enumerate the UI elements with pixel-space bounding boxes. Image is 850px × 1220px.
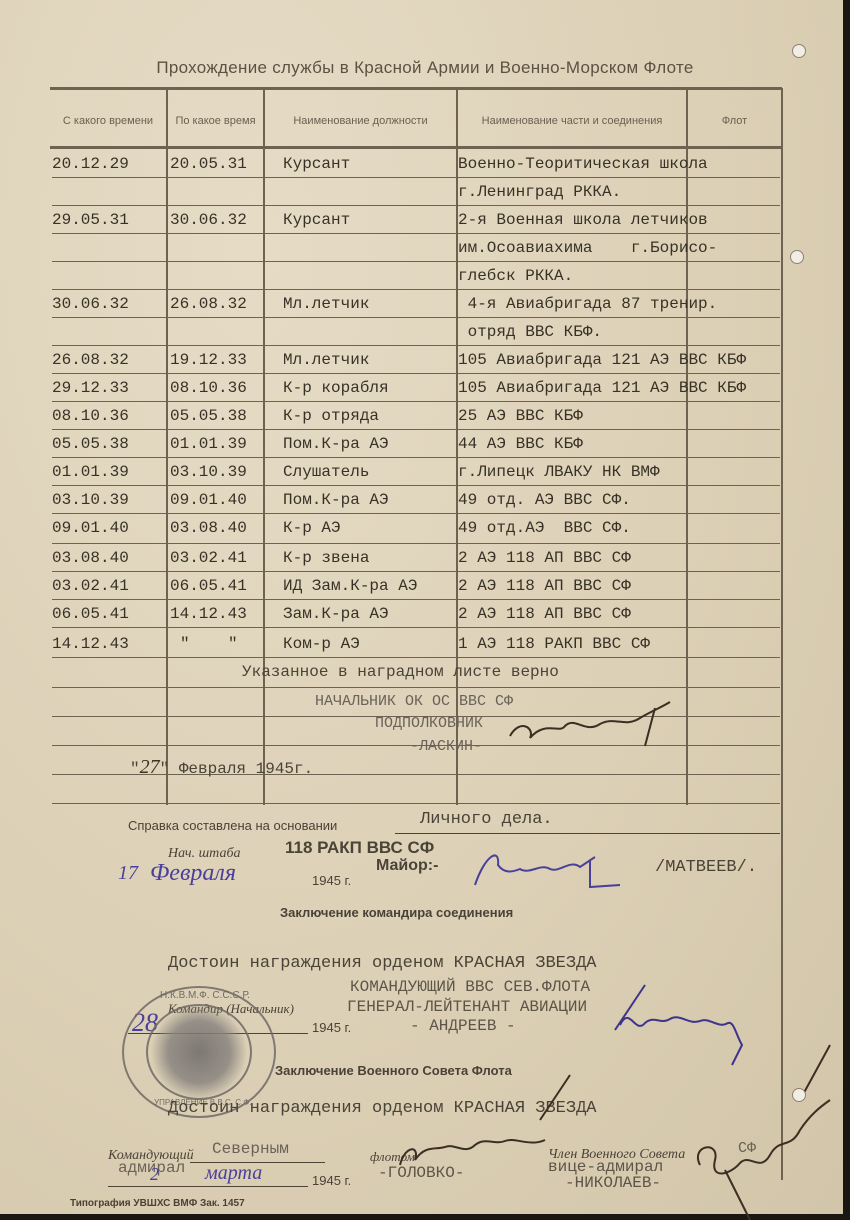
commander-date-year: 1945 г.	[312, 1020, 351, 1035]
row-position: Пом.К-ра АЭ	[283, 430, 389, 458]
reference-date-day: 17	[118, 862, 138, 885]
row-rule	[52, 401, 780, 402]
certification-day: 27	[140, 756, 160, 778]
header-fleet: Флот	[688, 96, 781, 146]
punch-hole	[790, 250, 804, 264]
row-position: К-р корабля	[283, 374, 389, 402]
commander-title-1: КОМАНДУЮЩИЙ ВВС СЕВ.ФЛОТА	[350, 978, 590, 996]
row-unit: 49 отд.АЭ ВВС СФ.	[458, 514, 631, 542]
row-rule	[52, 457, 780, 458]
row-rule	[52, 803, 780, 804]
council-date-year: 1945 г.	[312, 1173, 351, 1188]
certification-name: -ЛАСКИН-	[410, 738, 482, 755]
row-unit: 1 АЭ 118 РАКП ВВС СФ	[458, 630, 650, 658]
row-rule	[52, 429, 780, 430]
row-position: Мл.летчик	[283, 346, 369, 374]
row-to: 19.12.33	[170, 346, 247, 374]
table-row: г.Ленинград РККА.	[0, 178, 850, 206]
row-rule	[52, 289, 780, 290]
row-position: ИД Зам.К-ра АЭ	[283, 572, 417, 600]
commander-title-2: ГЕНЕРАЛ-ЛЕЙТЕНАНТ АВИАЦИИ	[347, 998, 587, 1016]
row-unit: 2-я Военная школа летчиков	[458, 206, 708, 234]
header-unit: Наименование части и соединения	[458, 96, 686, 146]
row-to: 20.05.31	[170, 150, 247, 178]
row-unit: 25 АЭ ВВС КБФ	[458, 402, 583, 430]
council-date-month: марта	[205, 1162, 262, 1185]
row-from: 06.05.41	[52, 600, 129, 628]
row-rule	[52, 571, 780, 572]
signature-matveev	[460, 845, 630, 895]
row-to: 01.01.39	[170, 430, 247, 458]
row-rule	[52, 543, 780, 544]
table-row: 03.08.40 03.02.41 К-р звена 2 АЭ 118 АП …	[0, 544, 850, 572]
row-rule	[52, 373, 780, 374]
chief-unit: 118 РАКП ВВС СФ	[285, 838, 434, 858]
commander-name: - АНДРЕЕВ -	[410, 1017, 516, 1035]
chief-name: /МАТВЕЕВ/.	[655, 858, 757, 877]
row-rule	[52, 599, 780, 600]
row-unit: отряд ВВС КБФ.	[458, 318, 602, 346]
row-unit: г.Липецк ЛВАКУ НК ВМФ	[458, 458, 660, 486]
row-from: 03.02.41	[52, 572, 129, 600]
row-unit: г.Ленинград РККА.	[458, 178, 621, 206]
row-from: 03.08.40	[52, 544, 129, 572]
printer-imprint: Типография УВШХС ВМФ Зак. 1457	[70, 1198, 245, 1209]
row-from: 29.05.31	[52, 206, 129, 234]
row-unit: им.Осоавиахима г.Борисо-	[458, 234, 717, 262]
row-from: 01.01.39	[52, 458, 129, 486]
table-row: 14.12.43 " " Ком-р АЭ 1 АЭ 118 РАКП ВВС …	[0, 630, 850, 658]
row-rule	[52, 345, 780, 346]
table-row: 01.01.39 03.10.39 Слушатель г.Липецк ЛВА…	[0, 458, 850, 486]
row-unit: 49 отд. АЭ ВВС СФ.	[458, 486, 631, 514]
row-position: К-р звена	[283, 544, 369, 572]
row-position: Зам.К-ра АЭ	[283, 600, 389, 628]
reference-underline	[395, 833, 780, 834]
row-rule	[52, 485, 780, 486]
row-position: Слушатель	[283, 458, 369, 486]
signature-nikolaev	[670, 1045, 840, 1220]
row-unit: 2 АЭ 118 АП ВВС СФ	[458, 600, 631, 628]
punch-hole	[792, 1088, 806, 1102]
row-from: 14.12.43	[52, 630, 129, 658]
row-rule	[52, 687, 780, 688]
commander-conclusion-heading: Заключение командира соединения	[280, 905, 513, 920]
certification-title: НАЧАЛЬНИК ОК ОС ВВС СФ	[315, 693, 513, 710]
page-title: Прохождение службы в Красной Армии и Вое…	[0, 58, 850, 78]
table-row: 03.02.41 06.05.41 ИД Зам.К-ра АЭ 2 АЭ 11…	[0, 572, 850, 600]
row-position: К-р отряда	[283, 402, 379, 430]
row-rule	[52, 261, 780, 262]
header-to: По какое время	[168, 96, 263, 146]
council-member-name: -НИКОЛАЕВ-	[565, 1174, 661, 1192]
table-row: 08.10.36 05.05.38 К-р отряда 25 АЭ ВВС К…	[0, 402, 850, 430]
row-unit: глебск РККА.	[458, 262, 573, 290]
row-position: Курсант	[283, 150, 350, 178]
table-row: 26.08.32 19.12.33 Мл.летчик 105 Авиабриг…	[0, 346, 850, 374]
row-unit: 2 АЭ 118 АП ВВС СФ	[458, 544, 631, 572]
table-row: 30.06.32 26.08.32 Мл.летчик 4-я Авиабриг…	[0, 290, 850, 318]
table-row: 06.05.41 14.12.43 Зам.К-ра АЭ 2 АЭ 118 А…	[0, 600, 850, 628]
table-row: 09.01.40 03.08.40 К-р АЭ 49 отд.АЭ ВВС С…	[0, 514, 850, 542]
table-row: 20.12.29 20.05.31 Курсант Военно-Теорити…	[0, 150, 850, 178]
row-position: Пом.К-ра АЭ	[283, 486, 389, 514]
row-from: 05.05.38	[52, 430, 129, 458]
header-position: Наименование должности	[265, 96, 456, 146]
table-header-rule	[50, 146, 782, 149]
table-row: отряд ВВС КБФ.	[0, 318, 850, 346]
commander-conclusion-text: Достоин награждения орденом КРАСНАЯ ЗВЕЗ…	[168, 954, 596, 973]
row-rule	[52, 317, 780, 318]
row-unit: 105 Авиабригада 121 АЭ ВВС КБФ	[458, 346, 746, 374]
row-from: 09.01.40	[52, 514, 129, 542]
table-row: 03.10.39 09.01.40 Пом.К-ра АЭ 49 отд. АЭ…	[0, 486, 850, 514]
certification-date: Февраля 1945г.	[179, 760, 313, 778]
row-rule	[52, 177, 780, 178]
signature-laskin	[505, 698, 675, 748]
punch-hole	[792, 44, 806, 58]
signature-golovko	[395, 1075, 555, 1175]
row-from: 03.10.39	[52, 486, 129, 514]
row-unit: 44 АЭ ВВС КБФ	[458, 430, 583, 458]
row-unit: Военно-Теоритическая школа	[458, 150, 708, 178]
table-row: 29.05.31 30.06.32 Курсант 2-я Военная шк…	[0, 206, 850, 234]
header-from: С какого времени	[50, 96, 166, 146]
row-to: 06.05.41	[170, 572, 247, 600]
row-to: 30.06.32	[170, 206, 247, 234]
row-to: 09.01.40	[170, 486, 247, 514]
certification-rank: ПОДПОЛКОВНИК	[375, 715, 483, 732]
row-rule	[52, 205, 780, 206]
reference-date-month: Февраля	[150, 860, 236, 887]
row-to: 14.12.43	[170, 600, 247, 628]
row-to: 26.08.32	[170, 290, 247, 318]
row-position: К-р АЭ	[283, 514, 341, 542]
reference-value: Личного дела.	[420, 810, 553, 829]
fleet-commander-fill: Северным	[212, 1140, 289, 1158]
row-from: 29.12.33	[52, 374, 129, 402]
row-rule	[52, 657, 780, 658]
row-to: 08.10.36	[170, 374, 247, 402]
reference-date-year: 1945 г.	[312, 873, 351, 888]
row-rule	[52, 627, 780, 628]
row-from: 08.10.36	[52, 402, 129, 430]
seal-emblem-icon	[146, 1004, 252, 1100]
row-to: " "	[180, 630, 238, 658]
row-rule	[52, 233, 780, 234]
row-position: Курсант	[283, 206, 350, 234]
row-from: 30.06.32	[52, 290, 129, 318]
seal-top-text: Н.К.В.М.Ф. С.С.С.Р.	[160, 990, 250, 1001]
chief-rank: Майор:-	[376, 857, 438, 875]
table-row: глебск РККА.	[0, 262, 850, 290]
row-unit: 105 Авиабригада 121 АЭ ВВС КБФ	[458, 374, 746, 402]
row-position: Ком-р АЭ	[283, 630, 360, 658]
row-from: 20.12.29	[52, 150, 129, 178]
row-position: Мл.летчик	[283, 290, 369, 318]
row-to: 03.02.41	[170, 544, 247, 572]
row-to: 05.05.38	[170, 402, 247, 430]
table-row: им.Осоавиахима г.Борисо-	[0, 234, 850, 262]
table-row: 05.05.38 01.01.39 Пом.К-ра АЭ 44 АЭ ВВС …	[0, 430, 850, 458]
row-unit: 4-я Авиабригада 87 тренир.	[458, 290, 717, 318]
row-rule	[52, 513, 780, 514]
certification-line: Указанное в наградном листе верно	[242, 663, 559, 681]
row-to: 03.10.39	[170, 458, 247, 486]
award-sheet-page: Прохождение службы в Красной Армии и Вое…	[0, 0, 843, 1214]
table-top-rule	[50, 87, 782, 90]
council-date-day: 2	[150, 1164, 159, 1185]
row-from: 26.08.32	[52, 346, 129, 374]
table-row: 29.12.33 08.10.36 К-р корабля 105 Авиабр…	[0, 374, 850, 402]
council-date-underline	[108, 1186, 308, 1187]
row-unit: 2 АЭ 118 АП ВВС СФ	[458, 572, 631, 600]
row-to: 03.08.40	[170, 514, 247, 542]
reference-label: Справка составлена на основании	[128, 818, 337, 833]
